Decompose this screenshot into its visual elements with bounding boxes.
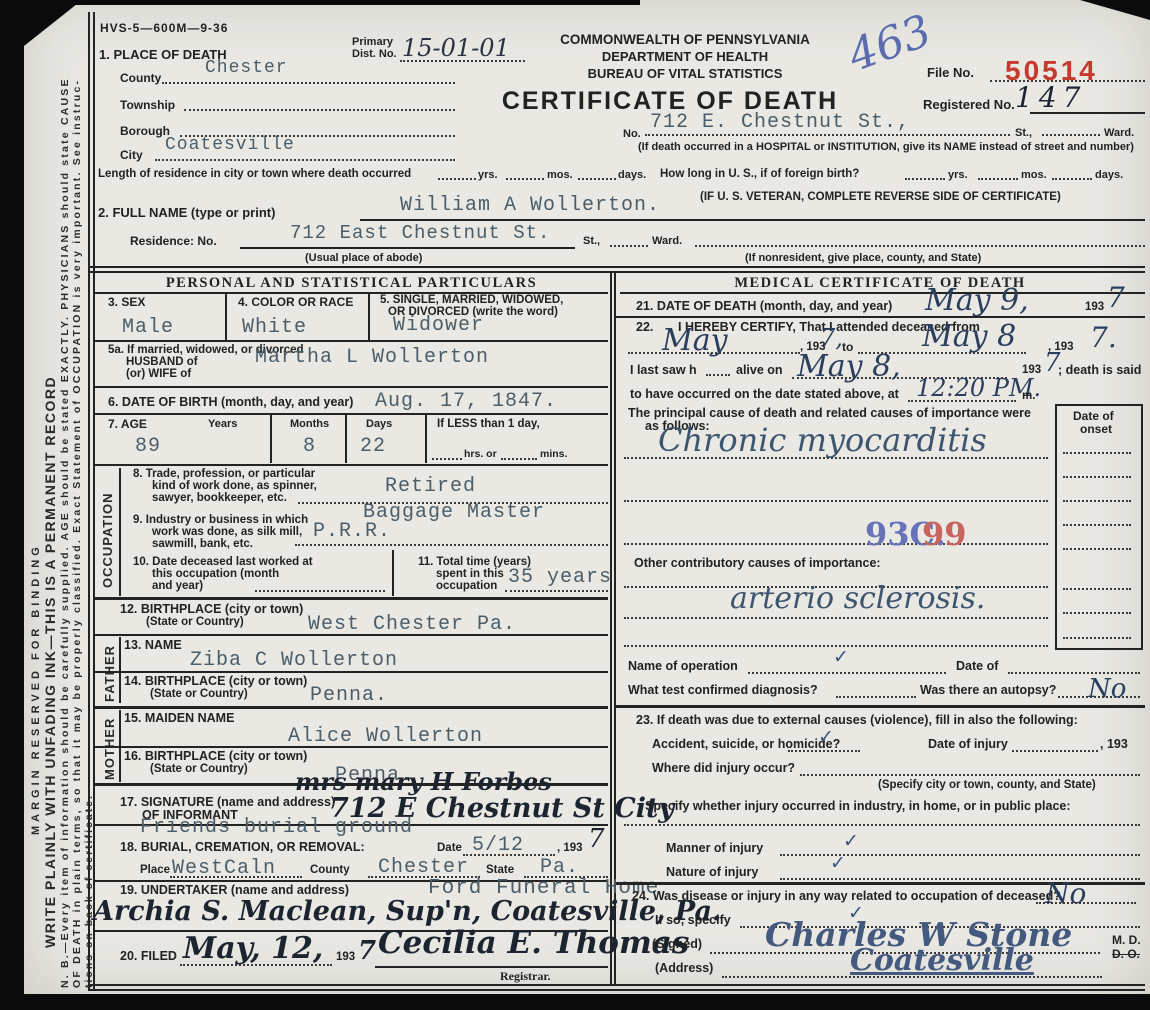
age-days-value: 22 (360, 437, 386, 457)
age-hrs-label: hrs. or (464, 449, 497, 461)
alive-on-label: alive on (736, 364, 783, 378)
full-name-label: 2. FULL NAME (type or print) (98, 206, 275, 220)
personal-title: PERSONAL AND STATISTICAL PARTICULARS (95, 276, 608, 292)
dob-label: 6. DATE OF BIRTH (month, day, and year) (108, 396, 353, 410)
for-mos-line (978, 178, 1018, 180)
q9-label-1: 9. Industry or business in which (133, 514, 308, 527)
mother-name-value: Alice Wollerton (288, 727, 483, 747)
address-st-label: St., (1015, 127, 1032, 139)
burial-county-label: County (310, 864, 350, 877)
age-months-value: 8 (303, 437, 316, 457)
injury-193: , 193 (1100, 738, 1128, 752)
injury-date-line (1012, 750, 1098, 752)
address-signed-label: (Address) (655, 962, 713, 976)
father-bracket (119, 637, 121, 703)
accident-line (788, 750, 860, 752)
residence-label: Residence: No. (130, 235, 217, 248)
commonwealth-line: COMMONWEALTH OF PENNSYLVANIA (520, 33, 850, 48)
residence-st-label: St., (583, 235, 600, 247)
department-line: DEPARTMENT OF HEALTH (520, 50, 850, 64)
address-no-label: No. (623, 128, 641, 140)
operation-line (748, 672, 946, 674)
md-label: M. D. (1112, 934, 1141, 947)
row7-rule (95, 464, 608, 466)
spouse-label-2: HUSBAND of (126, 356, 198, 369)
death-certificate-scan: MARGIN RESERVED FOR BINDING WRITE PLAINL… (0, 0, 1150, 1010)
address-ward-label: Ward. (1104, 127, 1134, 139)
row15-rule (95, 746, 608, 748)
registrar-label: Registrar. (500, 970, 551, 983)
burial-state-value: Pa. (540, 858, 579, 878)
header-rule-2 (88, 271, 1145, 273)
marital-label-1: 5. SINGLE, MARRIED, WIDOWED, (380, 294, 563, 307)
foreign-birth-label: How long in U. S., if of foreign birth? (660, 168, 859, 181)
header-rule-1 (88, 266, 1145, 268)
form-code: HVS-5—600M—9-36 (100, 22, 228, 35)
for-mos-label: mos. (1021, 169, 1047, 181)
burial-label: 18. BURIAL, CREMATION, OR REMOVAL: (120, 841, 365, 855)
q10-label-3: and year) (152, 580, 203, 593)
dob-value: Aug. 17, 1847. (375, 392, 557, 412)
form-border-left-inner (93, 12, 95, 990)
father-name-value: Ziba C Wollerton (190, 651, 398, 671)
q11-label-3: occupation (436, 580, 497, 593)
q8-label-1: 8. Trade, profession, or particular (133, 468, 315, 481)
onset-label-2: onset (1080, 423, 1112, 436)
informant-name-handwriting: mrs mary H Forbes (295, 770, 552, 794)
bureau-line: BUREAU OF VITAL STATISTICS (520, 67, 850, 81)
burial-place-label: Place (140, 864, 170, 877)
city-line (155, 159, 455, 161)
do-label: D. O. (1112, 948, 1140, 961)
father-bp-value: Penna. (310, 686, 388, 706)
margin-binding-note: MARGIN RESERVED FOR BINDING (30, 543, 42, 835)
age-mins-line (501, 458, 537, 460)
veteran-note: (IF U. S. VETERAN, COMPLETE REVERSE SIDE… (700, 191, 1061, 204)
q8-label-2: kind of work done, as spinner, (152, 480, 317, 493)
operation-date-label: Date of (956, 660, 998, 674)
specify-label: Specify whether injury occurred in indus… (645, 800, 1071, 814)
informant-address-handwriting: 712 E Chestnut St City (330, 795, 674, 822)
form-border-left-outer (88, 12, 90, 990)
operation-checkmark: ✓ (833, 646, 849, 668)
undertaker-handwriting: Archia S. Maclean, Sup'n, Coatesville, P… (93, 898, 721, 925)
filed-label: 20. FILED (120, 950, 177, 964)
township-label: Township (120, 99, 175, 112)
mother-bp-label-2: (State or Country) (150, 763, 248, 776)
scan-corner-top-left (24, 0, 82, 46)
row13-rule (95, 671, 608, 673)
county-label: County (120, 72, 161, 85)
test-label: What test confirmed diagnosis? (628, 684, 818, 698)
q11-line (505, 590, 608, 592)
abode-note: (Usual place of abode) (305, 252, 422, 264)
city-value: Coatesville (165, 136, 295, 154)
row14-rule (95, 706, 608, 709)
marital-value: Widower (393, 316, 484, 336)
for-yrs-line (905, 178, 945, 180)
residence-ward-label: Ward. (652, 235, 682, 247)
father-name-label: 13. NAME (124, 639, 182, 653)
filed-193: 193 (336, 951, 355, 964)
death-said-label: ; death is said (1058, 364, 1141, 378)
other-causes-label: Other contributory causes of importance: (634, 557, 881, 571)
m-label: m. (1022, 390, 1035, 403)
medical-title: MEDICAL CERTIFICATE OF DEATH (620, 276, 1140, 292)
county-value: Chester (205, 59, 288, 77)
scan-corner-top-right (1080, 0, 1150, 20)
burial-year-handwriting: 7 (588, 826, 605, 852)
q24-text: 24. Was disease or injury in any way rel… (632, 890, 1061, 904)
q11-label-2: spent in this (436, 568, 504, 581)
primary-dist-value: 15-01-01 (402, 36, 510, 60)
race-value: White (242, 318, 307, 338)
registered-no-label: Registered No. (923, 98, 1015, 112)
age-years-value: 89 (135, 437, 161, 457)
cause-line-3 (624, 543, 1048, 545)
bottom-rule-1 (88, 984, 1145, 986)
signed-label: (Signed) (652, 938, 702, 952)
hospital-note: (If death occurred in a HOSPITAL or INST… (638, 141, 1134, 153)
age-less-label: If LESS than 1 day, (437, 418, 540, 431)
q8-value-1: Retired (385, 477, 476, 497)
res-yrs-label: yrs. (478, 169, 498, 181)
residence-length-label: Length of residence in city or town wher… (98, 168, 411, 181)
other-causes-handwriting: arterio sclerosis. (730, 584, 985, 614)
q10-label-2: this occupation (month (152, 568, 279, 581)
q10-q11-divider (392, 550, 394, 596)
full-name-line (360, 219, 1145, 221)
res-yrs-line (438, 178, 476, 180)
burial-state-label: State (486, 864, 514, 877)
q23-text: 23. If death was due to external causes … (636, 714, 1078, 728)
spouse-value: Martha L Wollerton (255, 348, 489, 368)
onset-line-6 (1063, 588, 1131, 590)
occupation-bracket (119, 468, 121, 596)
lastsaw-label: I last saw h (630, 364, 697, 378)
lastsaw-blank (706, 374, 730, 376)
mother-bp-label-1: 16. BIRTHPLACE (city or town) (124, 750, 307, 764)
q9-label-2: work was done, as silk mill, (152, 526, 302, 539)
file-no-label: File No. (927, 66, 974, 80)
q21-year-handwriting: 7 (1107, 284, 1125, 312)
physician-address-handwriting: Coatesville (850, 946, 1034, 976)
bottom-rule-2 (88, 989, 1145, 991)
q9-line (295, 544, 608, 546)
operation-label: Name of operation (628, 660, 738, 674)
manner-checkmark: ✓ (843, 830, 859, 852)
q10-line (255, 590, 385, 592)
mother-name-label: 15. MAIDEN NAME (124, 712, 234, 726)
onset-line-3 (1063, 500, 1131, 502)
scan-edge-left (0, 0, 24, 1010)
filed-year-handwriting: 7 (358, 938, 376, 964)
margin-permanent-note: WRITE PLAINLY WITH UNFADING INK—THIS IS … (42, 376, 58, 948)
q24-line (1036, 902, 1136, 904)
onset-line-5 (1063, 548, 1131, 550)
bp12-label-1: 12. BIRTHPLACE (city or town) (120, 603, 303, 617)
bp12-label-2: (State or Country) (146, 616, 244, 629)
attended-from-handwriting: May (662, 326, 728, 356)
ifso-label: If so, specify (655, 914, 731, 928)
q11-value: 35 years (508, 568, 612, 588)
age-div-3 (425, 413, 427, 463)
registrar-signature: Cecilia E. Thomas (378, 928, 689, 959)
nonresident-note: (If nonresident, give place, county, and… (745, 252, 981, 264)
lastsaw-handwriting: May 8, (797, 352, 901, 382)
race-label: 4. COLOR OR RACE (238, 296, 353, 309)
res-days-label: days. (618, 169, 646, 181)
sex-value: Male (122, 318, 174, 338)
age-months-label: Months (290, 418, 329, 430)
father-side-label: FATHER (102, 645, 117, 702)
row6-rule (95, 413, 608, 415)
age-div-1 (270, 413, 272, 463)
age-mins-label: mins. (540, 449, 567, 461)
occupation-rule (95, 597, 608, 600)
for-yrs-label: yrs. (948, 169, 968, 181)
accident-checkmark: ✓ (818, 726, 834, 748)
test-line (836, 696, 916, 698)
q21-193: 193 (1085, 301, 1104, 314)
q22-number: 22. (636, 321, 653, 335)
row5a-rule (95, 386, 608, 388)
q10-label-1: 10. Date deceased last worked at (133, 556, 313, 569)
borough-label: Borough (120, 125, 170, 138)
row12-rule (95, 634, 608, 636)
primary-dist-label-2: Dist. No. (352, 48, 397, 60)
father-bp-label-2: (State or Country) (150, 688, 248, 701)
code-red-handwriting: 99 (922, 518, 967, 550)
from-year-handwriting: 7, (820, 326, 843, 350)
row3-rule (95, 340, 608, 342)
spouse-label-3: (or) WIFE of (126, 368, 191, 381)
cell-div-1 (225, 292, 227, 340)
q21-label: 21. DATE OF DEATH (month, day, and year) (636, 300, 892, 314)
q21-rule (616, 316, 1145, 318)
where-line (800, 774, 1140, 776)
burial-place-line (170, 876, 302, 878)
cell-div-2 (368, 292, 370, 340)
burial-date-value: 5/12 (472, 836, 524, 856)
onset-line-8 (1063, 637, 1131, 639)
scan-edge-top (0, 0, 640, 5)
residence-line (240, 247, 575, 249)
sex-label: 3. SEX (108, 296, 145, 309)
where-label: Where did injury occur? (652, 762, 795, 776)
q9-value: P.R.R. (313, 522, 391, 542)
nature-label: Nature of injury (666, 866, 758, 880)
cause-handwriting: Chronic myocarditis (658, 424, 987, 456)
manner-label: Manner of injury (666, 842, 763, 856)
nature-checkmark: ✓ (830, 852, 846, 874)
res-mos-line (506, 178, 544, 180)
autopsy-label: Was there an autopsy? (920, 684, 1056, 698)
filed-date-line (180, 964, 332, 966)
residence-tail-line (695, 245, 1145, 247)
age-years-label: Years (208, 418, 237, 430)
cause-line-2 (624, 500, 1048, 502)
county-line (162, 82, 455, 84)
onset-line-7 (1063, 612, 1131, 614)
specify-note: (Specify city or town, county, and State… (878, 779, 1096, 792)
registrar-line (375, 966, 608, 968)
filed-date-handwriting: May, 12, (183, 934, 323, 964)
margin-nb-note-line1: N. B.—Every item of information should b… (59, 77, 71, 988)
onset-line-1 (1063, 452, 1131, 454)
onset-line-4 (1063, 524, 1131, 526)
to-year-handwriting: 7. (1090, 324, 1117, 352)
residence-value: 712 East Chestnut St. (290, 224, 550, 243)
burial-date-label: Date (437, 842, 462, 855)
q21-value-handwriting: May 9, (925, 286, 1029, 316)
age-div-2 (345, 413, 347, 463)
autopsy-handwriting: No (1088, 676, 1126, 702)
specify-line (624, 824, 1140, 826)
full-name-value: William A Wollerton. (400, 196, 660, 216)
age-label: 7. AGE (108, 418, 147, 431)
q8-label-3: sawyer, bookkeeper, etc. (152, 492, 287, 505)
address-ward-line (1042, 134, 1100, 136)
township-line (184, 109, 455, 111)
burial-193: , 193 (557, 842, 583, 855)
res-mos-label: mos. (547, 169, 573, 181)
registered-no-value: 147 (1015, 84, 1086, 112)
autopsy-rule (616, 705, 1145, 708)
burial-county-value: Chester (378, 858, 469, 878)
occupation-side-label: OCCUPATION (100, 493, 115, 588)
age-hrs-line (432, 458, 462, 460)
other-line-2 (624, 617, 1048, 619)
address-line (645, 134, 1010, 136)
mother-side-label: MOTHER (102, 718, 117, 780)
for-days-label: days. (1095, 169, 1123, 181)
for-days-line (1052, 178, 1092, 180)
margin-nb-note-line2: OF DEATH in plain terms, so that it may … (71, 79, 83, 988)
res-days-line (578, 178, 616, 180)
onset-line-2 (1063, 476, 1131, 478)
attended-to-handwriting: May 8 (922, 322, 1016, 352)
scan-edge-bottom (0, 994, 1150, 1010)
occurred-label: to have occurred on the date stated abov… (630, 388, 899, 402)
father-bp-label-1: 14. BIRTHPLACE (city or town) (124, 675, 307, 689)
city-label: City (120, 149, 143, 162)
age-days-label: Days (366, 418, 392, 430)
residence-ward-dots (610, 245, 648, 247)
injury-date-label: Date of injury (928, 738, 1008, 752)
address-value: 712 E. Chestnut St., (650, 113, 910, 133)
bp12-value: West Chester Pa. (308, 615, 516, 635)
primary-dist-label-1: Primary (352, 36, 393, 48)
q9-label-3: sawmill, bank, etc. (152, 538, 253, 551)
medical-title-rule (620, 292, 1145, 294)
